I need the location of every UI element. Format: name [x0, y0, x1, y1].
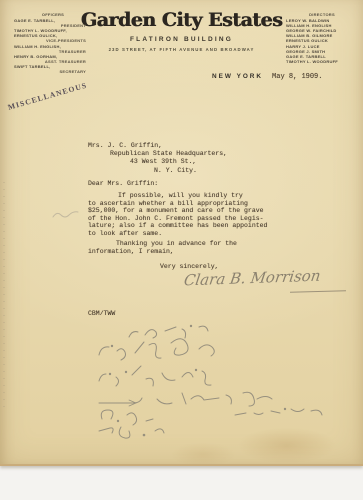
- signature-flourish-line: [290, 290, 346, 292]
- scan-edge-noise: [3, 182, 5, 408]
- letter-body: If possible, will you kindly try to asce…: [88, 192, 298, 238]
- officer-role: SECRETARY: [14, 69, 92, 74]
- recipient-line: Mrs. J. C. Griffin,: [88, 142, 227, 150]
- body-line: to look after same.: [88, 230, 298, 238]
- recipient-address: Mrs. J. C. Griffin, Republican State Hea…: [88, 142, 227, 175]
- scanned-letter-page: Garden City Estates FLATIRON BUILDING 23…: [0, 0, 363, 500]
- pencil-margin-mark: [50, 205, 84, 223]
- body-line: If possible, will you kindly try: [88, 192, 298, 200]
- salutation: Dear Mrs. Griffin:: [88, 180, 158, 187]
- recipient-line: 43 West 39th St.,: [130, 158, 227, 166]
- recipient-line: N. Y. City.: [154, 167, 227, 175]
- reference-initials: CBM/TWW: [88, 310, 115, 317]
- handwritten-signature: Clara B. Morrison: [183, 267, 322, 290]
- place-label: NEW YORK: [212, 73, 263, 80]
- closing-line: Thanking you in advance for the: [88, 240, 298, 248]
- miscellaneous-stamp: MISCELLANEOUS: [7, 80, 89, 111]
- directors-list: DIRECTORS LEROY W. BALDWIN WILLIAM H. EN…: [286, 12, 358, 64]
- valediction: Very sincerely,: [160, 263, 219, 270]
- officers-title: OFFICERS: [14, 12, 92, 17]
- dateline: NEW YORK May 8, 1909.: [212, 73, 322, 81]
- body-line: lature; also if a committee has been app…: [88, 222, 298, 230]
- directors-title: DIRECTORS: [286, 12, 358, 17]
- officers-list: OFFICERS GAGE E. TARBELL, PRESIDENT TIMO…: [14, 12, 92, 74]
- letter-paper: Garden City Estates FLATIRON BUILDING 23…: [0, 0, 363, 466]
- closing-paragraph: Thanking you in advance for the informat…: [88, 240, 298, 255]
- shorthand-notes: [85, 322, 345, 440]
- director-name: TIMOTHY L. WOODRUFF: [286, 59, 358, 64]
- closing-line: information, I remain,: [88, 248, 298, 256]
- date-text: May 8, 1909.: [272, 73, 322, 81]
- body-line: $25,000, for a monument and care of the …: [88, 207, 298, 215]
